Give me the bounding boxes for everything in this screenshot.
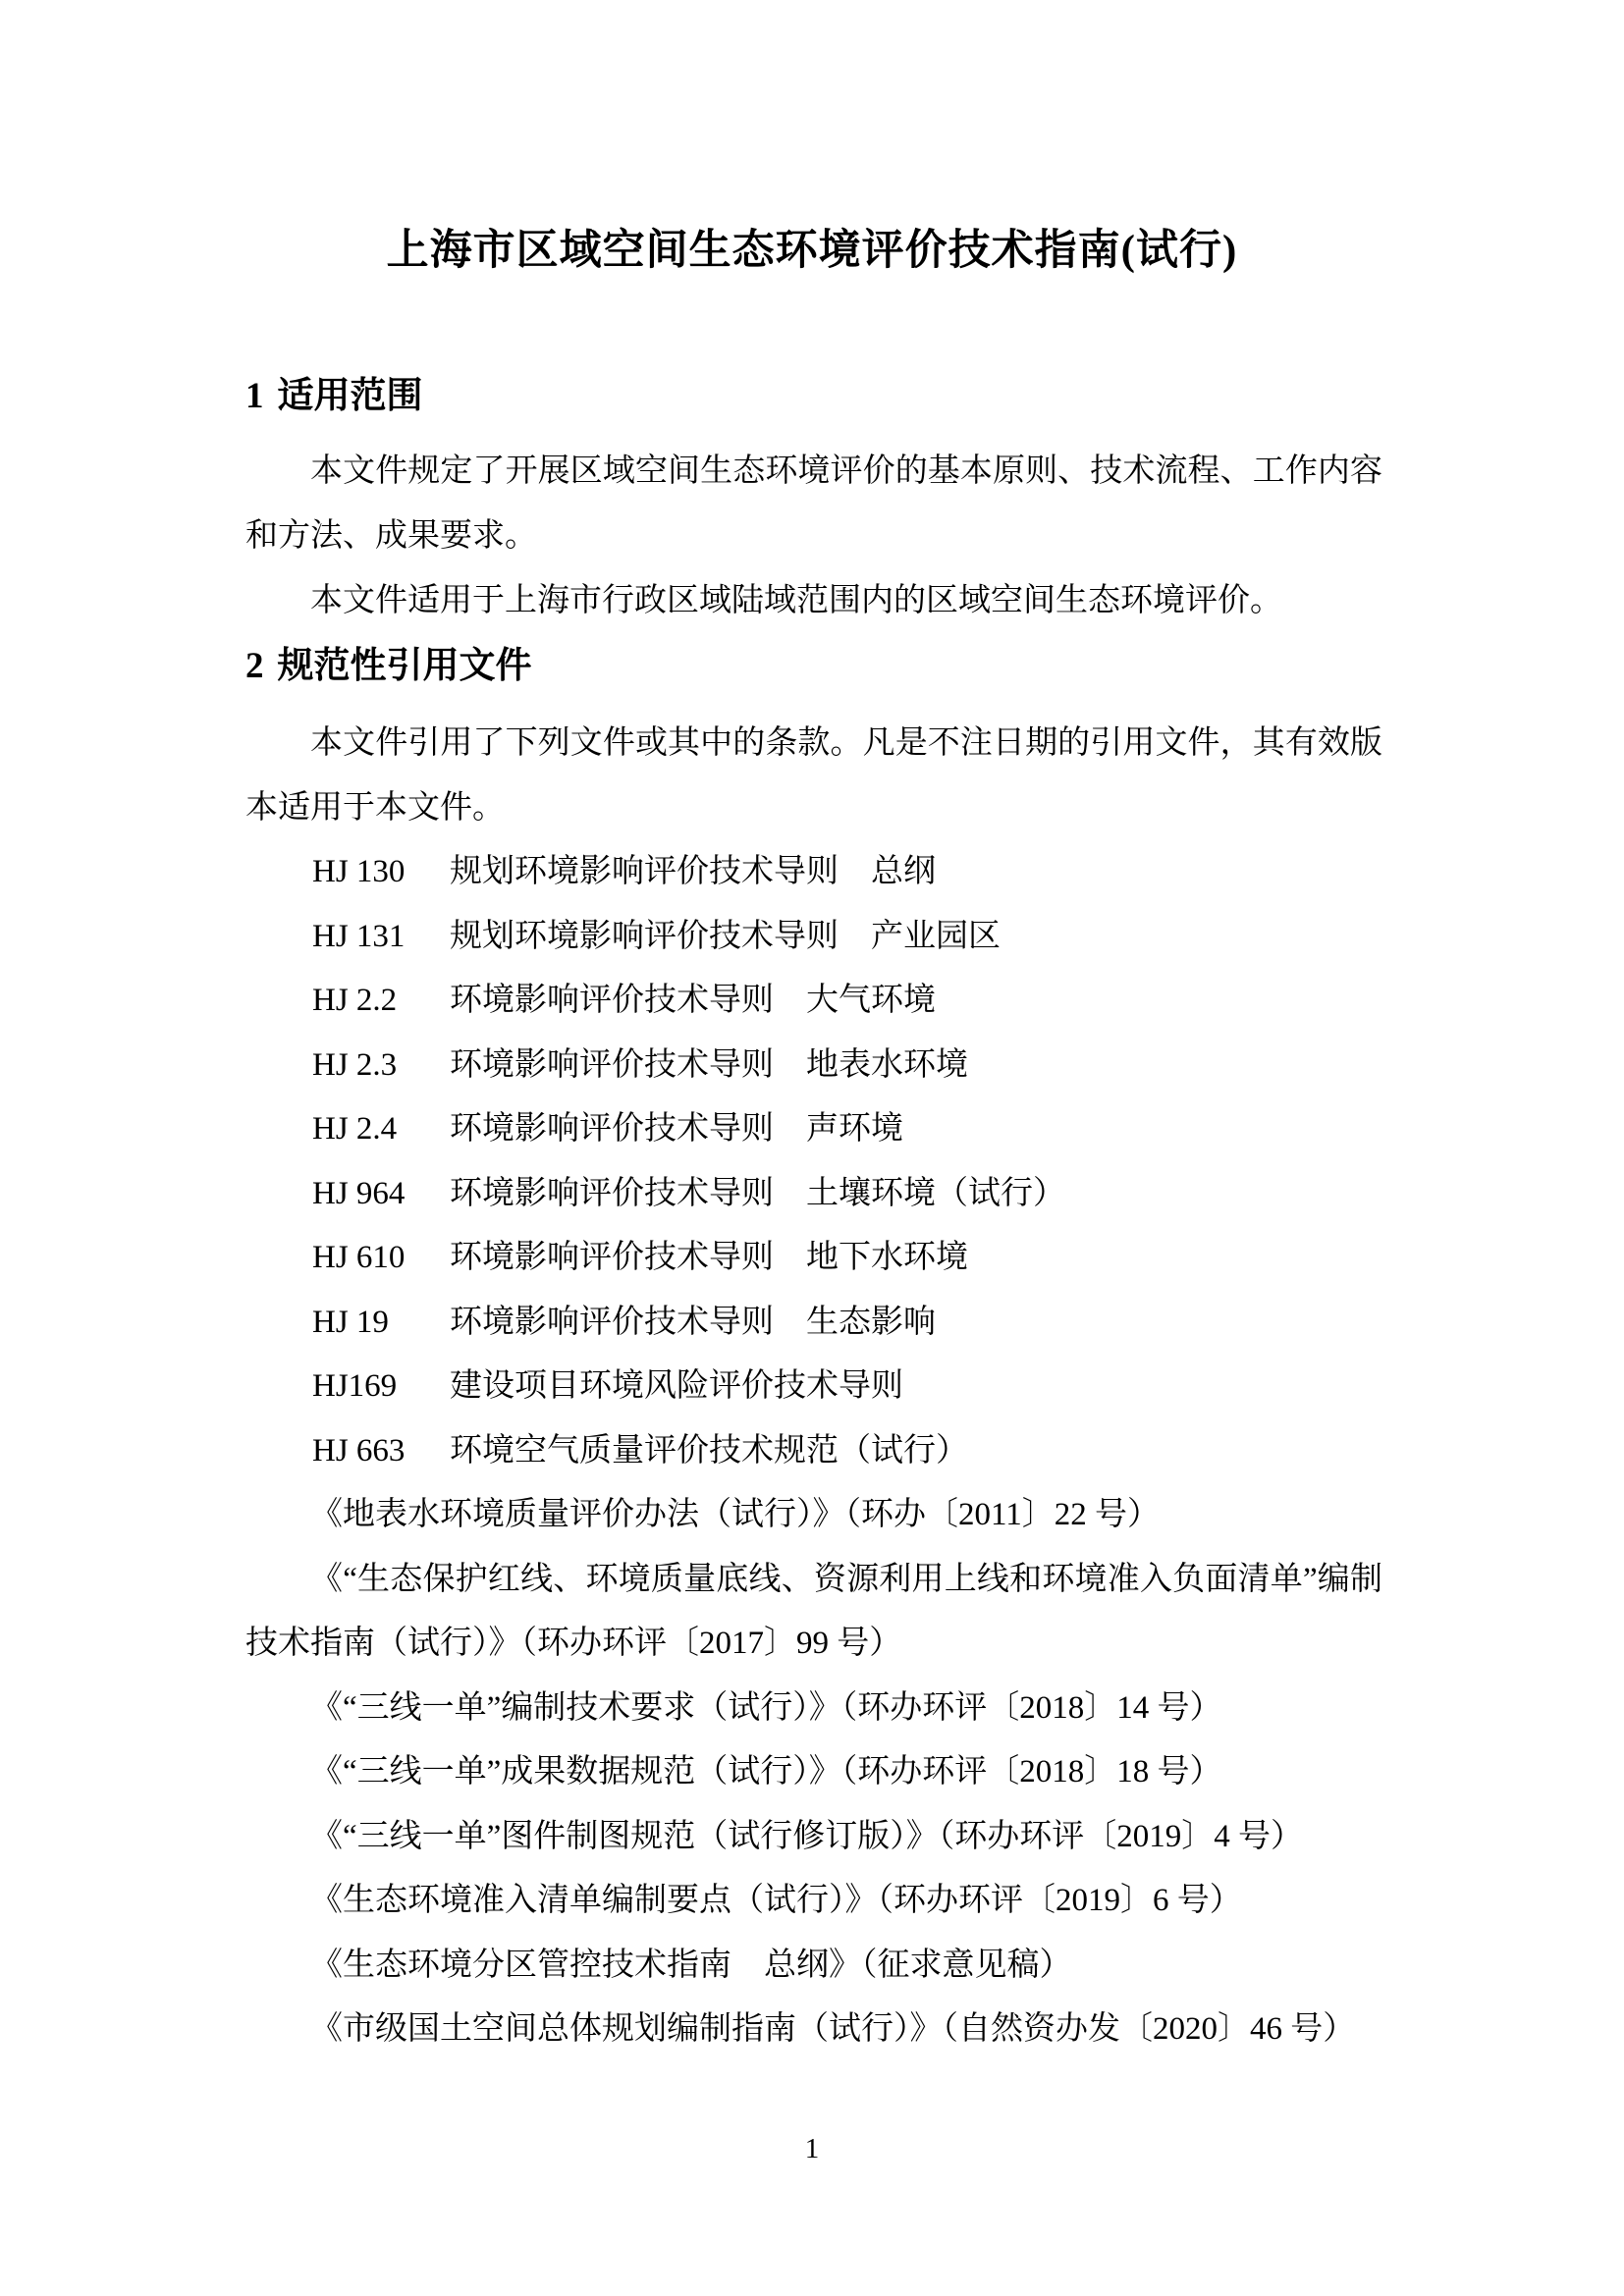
document-body: 1适用范围 本文件规定了开展区域空间生态环境评价的基本原则、技术流程、工作内容和…: [0, 367, 1624, 2062]
document-reference: 《“生态保护红线、环境质量底线、资源利用上线和环境准入负面清单”编制技术指南（试…: [245, 1548, 1382, 1677]
standard-code: HJ 19: [312, 1291, 450, 1356]
standard-reference: HJ 663环境空气质量评价技术规范（试行）: [245, 1419, 1382, 1484]
standard-reference: HJ 2.2环境影响评价技术导则 大气环境: [245, 969, 1382, 1034]
section-1-number: 1: [245, 376, 264, 416]
standard-code: HJ 610: [312, 1226, 450, 1291]
standard-code: HJ 663: [312, 1419, 450, 1484]
section-1-title: 适用范围: [278, 375, 423, 415]
standard-title: 环境影响评价技术导则 地下水环境: [450, 1240, 968, 1275]
section-2-heading: 2规范性引用文件: [245, 637, 1382, 695]
document-reference: 《“三线一单”图件制图规范（试行修订版）》（环办环评〔2019〕4 号）: [245, 1805, 1382, 1870]
standard-reference: HJ169建设项目环境风险评价技术导则: [245, 1355, 1382, 1419]
standard-reference: HJ 130规划环境影响评价技术导则 总纲: [245, 840, 1382, 905]
standard-title: 规划环境影响评价技术导则 产业园区: [450, 919, 1001, 954]
paragraph: 本文件适用于上海市行政区域陆域范围内的区域空间生态环境评价。: [245, 568, 1382, 633]
standard-code: HJ 2.3: [312, 1034, 450, 1098]
standard-reference-list: HJ 130规划环境影响评价技术导则 总纲 HJ 131规划环境影响评价技术导则…: [245, 840, 1382, 1483]
standard-code: HJ 131: [312, 905, 450, 970]
document-reference: 《“三线一单”编制技术要求（试行）》（环办环评〔2018〕14 号）: [245, 1677, 1382, 1741]
standard-code: HJ169: [312, 1355, 450, 1419]
standard-title: 环境影响评价技术导则 声环境: [450, 1111, 903, 1147]
standard-reference: HJ 2.4环境影响评价技术导则 声环境: [245, 1097, 1382, 1162]
standard-reference: HJ 610环境影响评价技术导则 地下水环境: [245, 1226, 1382, 1291]
standard-reference: HJ 19环境影响评价技术导则 生态影响: [245, 1291, 1382, 1356]
standard-reference: HJ 2.3环境影响评价技术导则 地表水环境: [245, 1034, 1382, 1098]
standard-reference: HJ 131规划环境影响评价技术导则 产业园区: [245, 905, 1382, 970]
standard-title: 环境影响评价技术导则 地表水环境: [450, 1047, 968, 1083]
standard-code: HJ 130: [312, 840, 450, 905]
standard-code: HJ 964: [312, 1162, 450, 1227]
standard-title: 规划环境影响评价技术导则 总纲: [450, 854, 936, 889]
document-reference: 《地表水环境质量评价办法（试行）》（环办〔2011〕22 号）: [245, 1483, 1382, 1548]
paragraph: 本文件规定了开展区域空间生态环境评价的基本原则、技术流程、工作内容和方法、成果要…: [245, 439, 1382, 568]
paragraph: 本文件引用了下列文件或其中的条款。凡是不注日期的引用文件，其有效版本适用于本文件…: [245, 711, 1382, 840]
standard-code: HJ 2.2: [312, 969, 450, 1034]
standard-reference: HJ 964环境影响评价技术导则 土壤环境（试行）: [245, 1162, 1382, 1227]
standard-title: 环境空气质量评价技术规范（试行）: [450, 1433, 968, 1468]
document-title: 上海市区域空间生态环境评价技术指南(试行): [0, 0, 1624, 285]
standard-code: HJ 2.4: [312, 1097, 450, 1162]
standard-title: 建设项目环境风险评价技术导则: [450, 1368, 903, 1404]
document-reference-list: 《地表水环境质量评价办法（试行）》（环办〔2011〕22 号） 《“生态保护红线…: [245, 1483, 1382, 2062]
section-2-title: 规范性引用文件: [278, 645, 532, 685]
standard-title: 环境影响评价技术导则 生态影响: [450, 1305, 936, 1340]
section-1-heading: 1适用范围: [245, 367, 1382, 425]
document-page: 上海市区域空间生态环境评价技术指南(试行) 1适用范围 本文件规定了开展区域空间…: [0, 0, 1624, 2296]
standard-title: 环境影响评价技术导则 土壤环境（试行）: [450, 1176, 1065, 1211]
standard-title: 环境影响评价技术导则 大气环境: [450, 983, 936, 1018]
section-2-number: 2: [245, 646, 264, 686]
document-reference: 《“三线一单”成果数据规范（试行）》（环办环评〔2018〕18 号）: [245, 1740, 1382, 1805]
page-number: 1: [0, 2129, 1624, 2168]
document-reference: 《生态环境分区管控技术指南 总纲》（征求意见稿）: [245, 1934, 1382, 1999]
document-reference: 《市级国土空间总体规划编制指南（试行）》（自然资办发〔2020〕46 号）: [245, 1998, 1382, 2062]
document-reference: 《生态环境准入清单编制要点（试行）》（环办环评〔2019〕6 号）: [245, 1869, 1382, 1934]
